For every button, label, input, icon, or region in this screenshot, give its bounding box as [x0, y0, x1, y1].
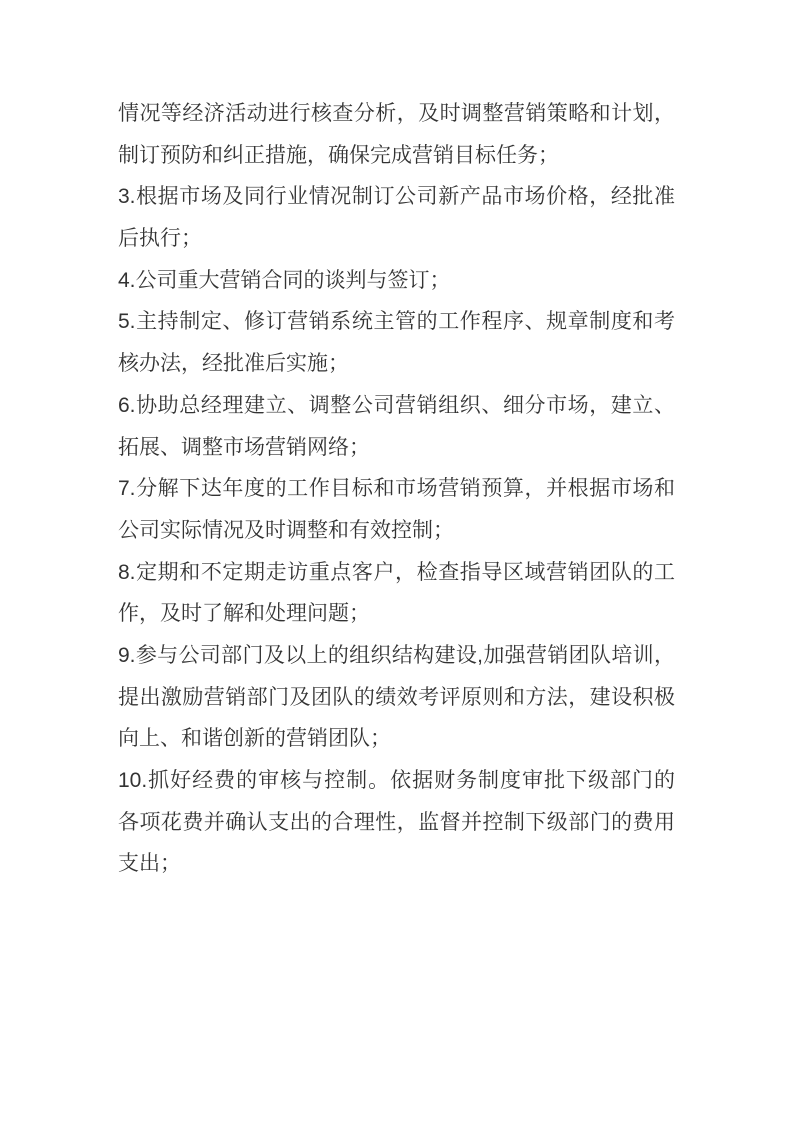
paragraph-9: 10.抓好经费的审核与控制。依据财务制度审批下级部门的各项花费并确认支出的合理性…: [118, 760, 675, 885]
text-line: 作，及时了解和处理问题；: [118, 593, 675, 635]
text-line: 7.分解下达年度的工作目标和市场营销预算，并根据市场和: [118, 468, 675, 510]
text-line: 9.参与公司部门及以上的组织结构建设,加强营销团队培训，: [118, 635, 675, 677]
text-line: 拓展、调整市场营销网络；: [118, 427, 675, 469]
text-line: 向上、和谐创新的营销团队；: [118, 718, 675, 760]
text-line: 各项花费并确认支出的合理性，监督并控制下级部门的费用: [118, 802, 675, 844]
paragraph-3: 4.公司重大营销合同的谈判与签订；: [118, 260, 675, 302]
paragraph-7: 8.定期和不定期走访重点客户，检查指导区域营销团队的工作，及时了解和处理问题；: [118, 552, 675, 635]
paragraph-4: 5.主持制定、修订营销系统主管的工作程序、规章制度和考核办法，经批准后实施；: [118, 301, 675, 384]
paragraph-2: 3.根据市场及同行业情况制订公司新产品市场价格，经批准后执行；: [118, 176, 675, 259]
text-line: 支出；: [118, 843, 675, 885]
text-line: 4.公司重大营销合同的谈判与签订；: [118, 260, 675, 302]
text-line: 公司实际情况及时调整和有效控制；: [118, 510, 675, 552]
text-line: 情况等经济活动进行核查分析，及时调整营销策略和计划，: [118, 93, 675, 135]
text-line: 3.根据市场及同行业情况制订公司新产品市场价格，经批准: [118, 176, 675, 218]
text-line: 制订预防和纠正措施，确保完成营销目标任务；: [118, 135, 675, 177]
text-line: 8.定期和不定期走访重点客户，检查指导区域营销团队的工: [118, 552, 675, 594]
paragraph-5: 6.协助总经理建立、调整公司营销组织、细分市场，建立、拓展、调整市场营销网络；: [118, 385, 675, 468]
paragraph-1: 情况等经济活动进行核查分析，及时调整营销策略和计划，制订预防和纠正措施，确保完成…: [118, 93, 675, 176]
text-line: 后执行；: [118, 218, 675, 260]
text-line: 核办法，经批准后实施；: [118, 343, 675, 385]
text-line: 10.抓好经费的审核与控制。依据财务制度审批下级部门的: [118, 760, 675, 802]
paragraph-8: 9.参与公司部门及以上的组织结构建设,加强营销团队培训，提出激励营销部门及团队的…: [118, 635, 675, 760]
text-line: 提出激励营销部门及团队的绩效考评原则和方法，建设积极: [118, 677, 675, 719]
text-line: 5.主持制定、修订营销系统主管的工作程序、规章制度和考: [118, 301, 675, 343]
document-page: 情况等经济活动进行核查分析，及时调整营销策略和计划，制订预防和纠正措施，确保完成…: [0, 0, 793, 1122]
paragraph-6: 7.分解下达年度的工作目标和市场营销预算，并根据市场和公司实际情况及时调整和有效…: [118, 468, 675, 551]
document-body: 情况等经济活动进行核查分析，及时调整营销策略和计划，制订预防和纠正措施，确保完成…: [118, 93, 675, 885]
text-line: 6.协助总经理建立、调整公司营销组织、细分市场，建立、: [118, 385, 675, 427]
